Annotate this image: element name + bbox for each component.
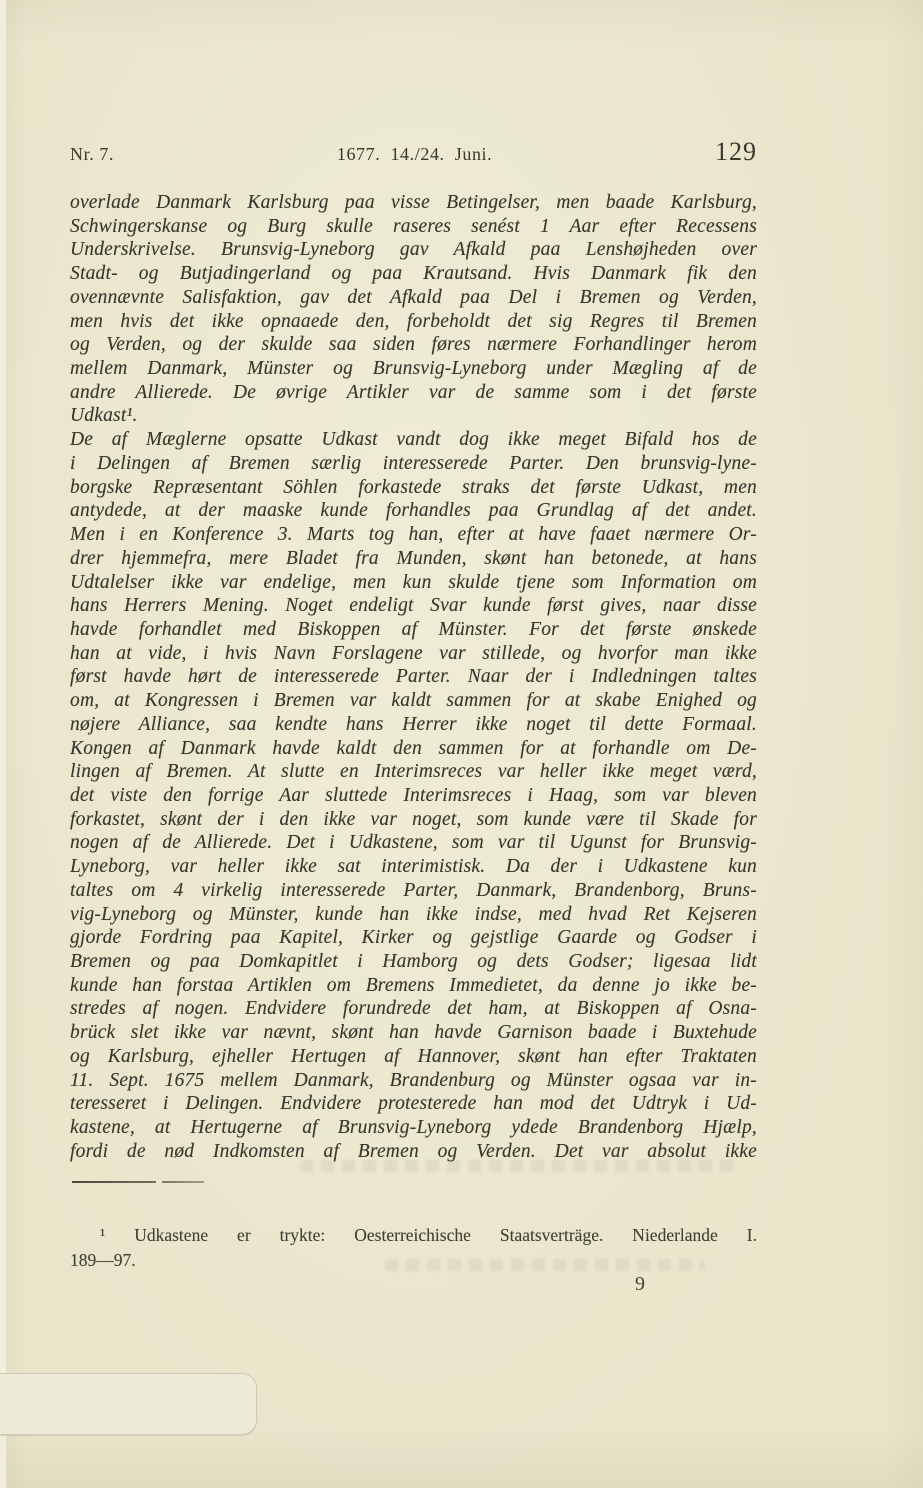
text-line: Udkast¹. bbox=[70, 404, 757, 428]
text-line: nogen af de Allierede. Det i Udkastene, … bbox=[70, 831, 757, 855]
rule-segment bbox=[72, 1181, 156, 1183]
body-text: overlade Danmark Karlsburg paa visse Bet… bbox=[70, 191, 757, 1163]
text-line: overlade Danmark Karlsburg paa visse Bet… bbox=[70, 191, 757, 215]
text-line: gjorde Fordring paa Kapitel, Kirker og g… bbox=[70, 926, 757, 950]
text-line: Schwingerskanse og Burg skulle raseres s… bbox=[70, 215, 757, 239]
text-line: og Karlsburg, ejheller Hertugen af Hanno… bbox=[70, 1045, 757, 1069]
page-left-edge bbox=[0, 0, 7, 1488]
text-line: stredes af nogen. Endvidere forundrede d… bbox=[70, 997, 757, 1021]
footnote-separator-rule bbox=[72, 1181, 204, 1183]
footnote-line: ¹ Udkastene er trykte: Oesterreichische … bbox=[70, 1223, 757, 1248]
text-line: i Delingen af Bremen særlig interessered… bbox=[70, 452, 757, 476]
page-number: 129 bbox=[715, 137, 757, 167]
text-line: nøjere Alliance, saa kendte hans Herrer … bbox=[70, 713, 757, 737]
text-line: borgske Repræsentant Söhlen forkastede s… bbox=[70, 476, 757, 500]
text-line: De af Mæglerne opsatte Udkast vandt dog … bbox=[70, 428, 757, 452]
text-line: Lyneborg, var heller ikke sat interimist… bbox=[70, 855, 757, 879]
text-line: ovennævnte Salisfaktion, gav det Afkald … bbox=[70, 286, 757, 310]
paragraph-1: overlade Danmark Karlsburg paa visse Bet… bbox=[70, 191, 757, 428]
text-line: brück slet ikke var nævnt, skønt han hav… bbox=[70, 1021, 757, 1045]
page-header: Nr. 7. 1677. 14./24. Juni. 129 bbox=[70, 137, 757, 167]
text-line: vig-Lyneborg og Münster, kunde han ikke … bbox=[70, 903, 757, 927]
text-line: drer hjemmefra, mere Bladet fra Munden, … bbox=[70, 547, 757, 571]
text-line: kastene, at Hertugerne af Brunsvig-Lyneb… bbox=[70, 1116, 757, 1140]
text-line: lingen af Bremen. At slutte en Interimsr… bbox=[70, 760, 757, 784]
text-line: om, at Kongressen i Bremen var kaldt sam… bbox=[70, 689, 757, 713]
text-line: Udtalelser ikke var endelige, men kun sk… bbox=[70, 571, 757, 595]
text-line: andre Allierede. De øvrige Artikler var … bbox=[70, 381, 757, 405]
text-line: Bremen og paa Domkapitlet i Hamborg og d… bbox=[70, 950, 757, 974]
issue-number: Nr. 7. bbox=[70, 144, 114, 165]
text-line: Men i en Konference 3. Marts tog han, ef… bbox=[70, 523, 757, 547]
text-line: og Verden, og der skulde saa siden føres… bbox=[70, 333, 757, 357]
text-line: havde forhandlet med Biskoppen af Münste… bbox=[70, 618, 757, 642]
text-line: først havde hørt de interesserede Parter… bbox=[70, 665, 757, 689]
text-line: hans Herrers Mening. Noget endeligt Svar… bbox=[70, 594, 757, 618]
embossed-corner-tab bbox=[0, 1373, 257, 1435]
paragraph-2: De af Mæglerne opsatte Udkast vandt dog … bbox=[70, 428, 757, 1163]
text-line: det viste den forrige Aar sluttede Inter… bbox=[70, 784, 757, 808]
text-line: antydede, at der maaske kunde forhandles… bbox=[70, 499, 757, 523]
text-line: kunde han forstaa Artiklen om Bremens Im… bbox=[70, 974, 757, 998]
text-line: Kongen af Danmark havde kaldt den sammen… bbox=[70, 737, 757, 761]
text-line: forkastet, skønt der i den ikke var noge… bbox=[70, 808, 757, 832]
text-line: men hvis det ikke opnaaede den, forbehol… bbox=[70, 310, 757, 334]
text-line: taltes om 4 virkelig interesserede Parte… bbox=[70, 879, 757, 903]
text-line: 11. Sept. 1675 mellem Danmark, Brandenbu… bbox=[70, 1069, 757, 1093]
footnote-line: 189—97. bbox=[70, 1248, 757, 1273]
date-heading: 1677. 14./24. Juni. bbox=[337, 144, 492, 165]
text-line: mellem Danmark, Münster og Brunsvig-Lyne… bbox=[70, 357, 757, 381]
show-through-text-smudge bbox=[300, 1160, 740, 1172]
text-line: han at vide, i hvis Navn Forslagene var … bbox=[70, 642, 757, 666]
text-line: Underskrivelse. Brunsvig-Lyneborg gav Af… bbox=[70, 238, 757, 262]
footnote: ¹ Udkastene er trykte: Oesterreichische … bbox=[70, 1223, 757, 1273]
text-line: teresseret i Delingen. Endvidere protest… bbox=[70, 1092, 757, 1116]
printers-signature-mark: 9 bbox=[635, 1273, 645, 1296]
text-line: Stadt- og Butjadingerland og paa Krautsa… bbox=[70, 262, 757, 286]
scanned-book-page: Nr. 7. 1677. 14./24. Juni. 129 overlade … bbox=[0, 0, 923, 1488]
rule-segment bbox=[162, 1181, 204, 1182]
